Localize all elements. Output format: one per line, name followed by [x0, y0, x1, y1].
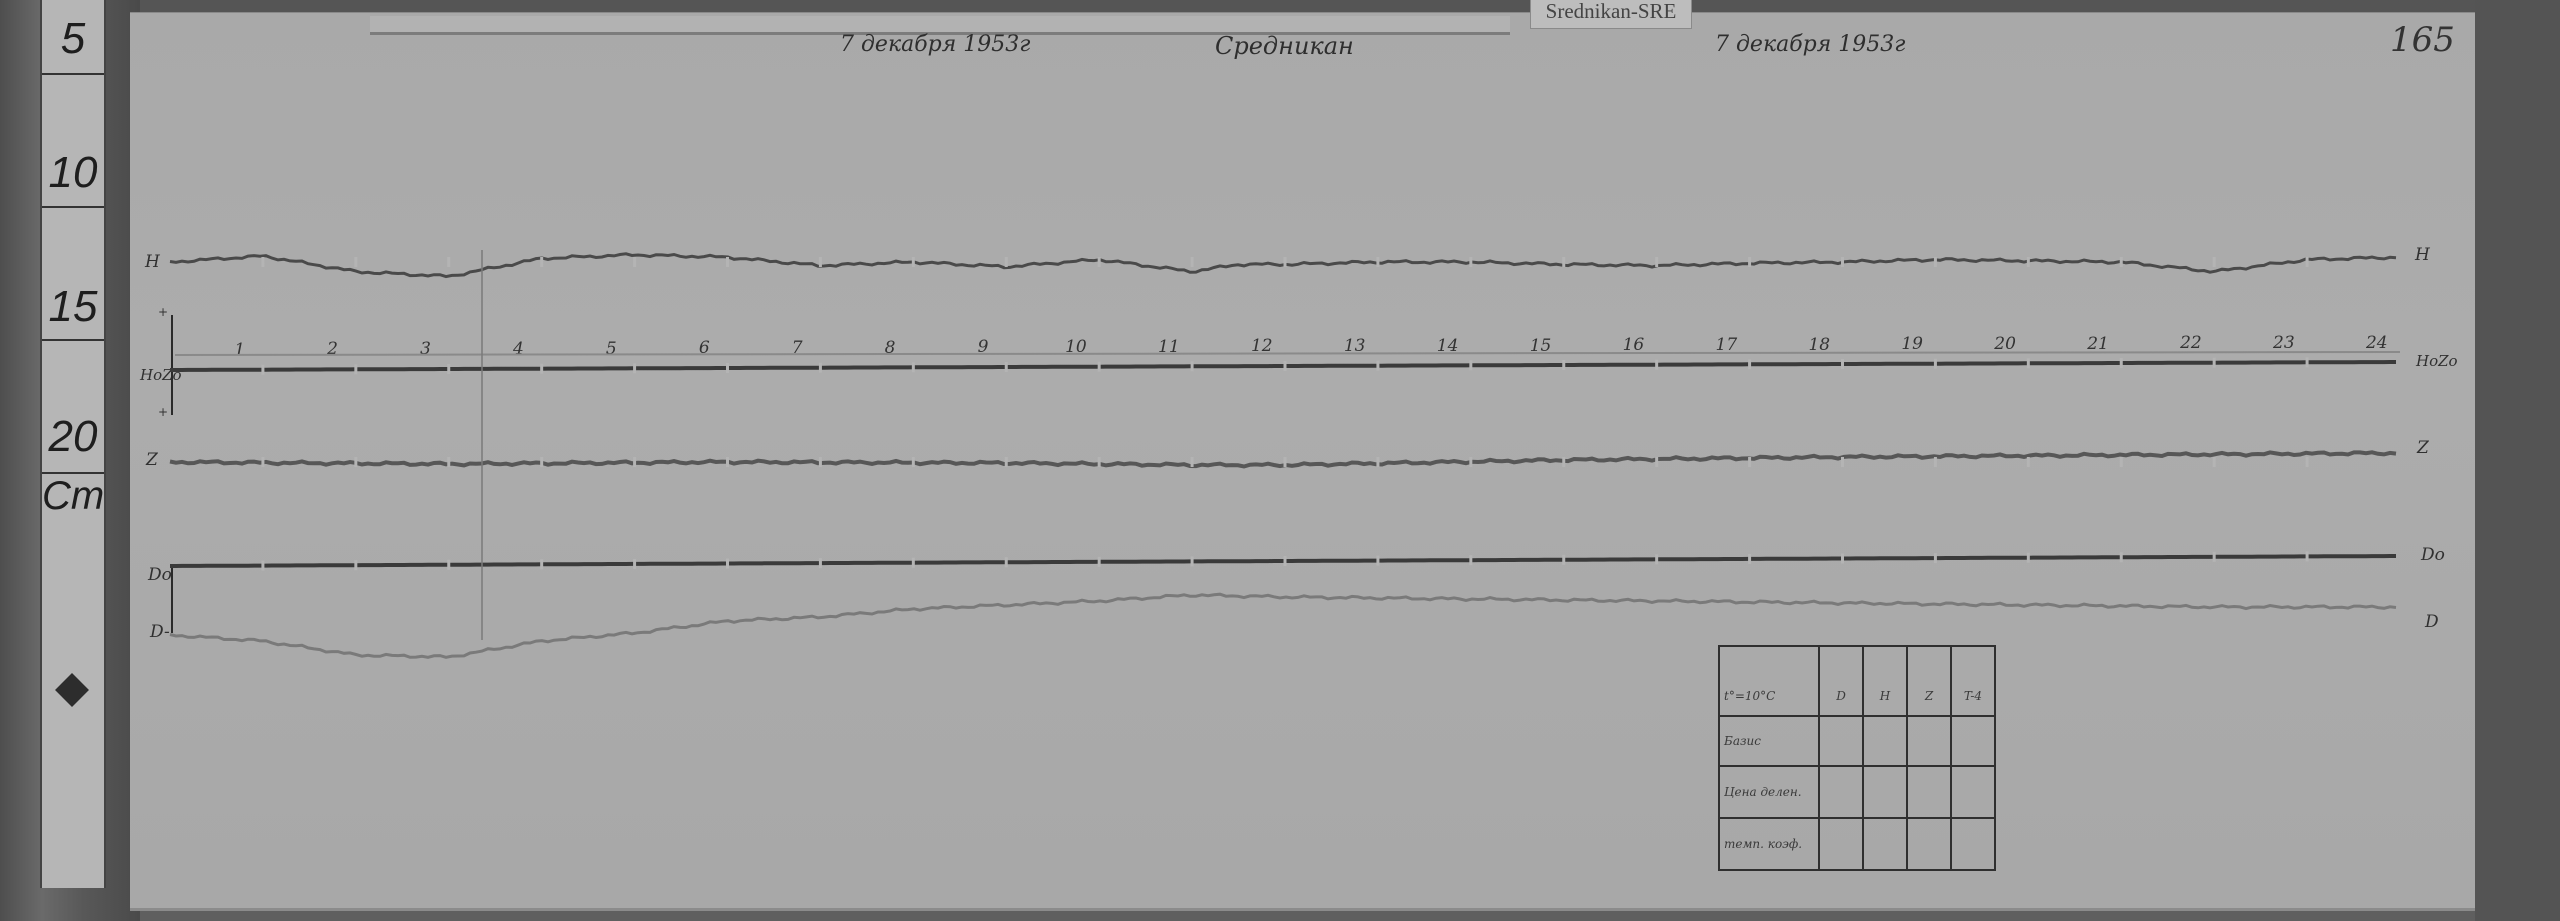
table-row: Цена делен. [1719, 766, 1995, 818]
table-cell [1907, 716, 1951, 766]
trace-h [170, 254, 2396, 277]
table-cell [1819, 716, 1863, 766]
magnetogram-traces [0, 0, 2560, 921]
table-cell [1863, 818, 1907, 870]
trace-z [170, 452, 2396, 466]
calibration-table: t°=10°C D H Z T-4 Базис Цена делен. темп… [1718, 645, 1996, 871]
table-cell [1819, 818, 1863, 870]
table-cell [1819, 766, 1863, 818]
table-col-header: T-4 [1951, 646, 1995, 716]
table-cell [1863, 716, 1907, 766]
trace-do [170, 556, 2396, 566]
table-row-label: Базис [1719, 716, 1819, 766]
table-row: Базис [1719, 716, 1995, 766]
table-row: темп. коэф. [1719, 818, 1995, 870]
trace-d [170, 594, 2396, 657]
table-row-label: Цена делен. [1719, 766, 1819, 818]
table-row-label: темп. коэф. [1719, 818, 1819, 870]
table-cell [1907, 766, 1951, 818]
table-cell [1951, 766, 1995, 818]
table-col-header: H [1863, 646, 1907, 716]
table-cell [1951, 818, 1995, 870]
table-col-header: Z [1907, 646, 1951, 716]
trace-hozo [170, 362, 2396, 370]
table-corner: t°=10°C [1719, 646, 1819, 716]
table-cell [1863, 766, 1907, 818]
table-cell [1907, 818, 1951, 870]
table-col-header: D [1819, 646, 1863, 716]
table-cell [1951, 716, 1995, 766]
